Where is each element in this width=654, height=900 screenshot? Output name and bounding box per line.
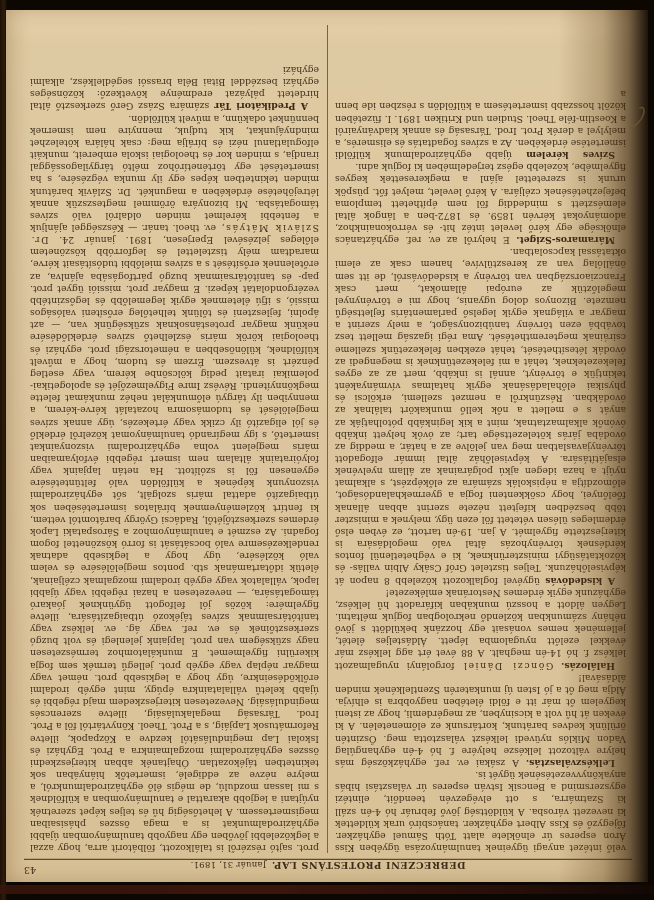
masthead-title: DEBRECZENI PROTESTÁNS LAP.: [271, 859, 465, 870]
paragraph-text: ügyével foglalkozott közelebb 8 napon át…: [335, 246, 626, 585]
paragraph-lead: Halálozás.: [561, 660, 615, 671]
column-left: velő intézet anyagi ügyeinek tanulmányoz…: [328, 25, 626, 853]
paragraph-kisdedovas: A kisdedóvás ügyével foglalkozott közele…: [335, 245, 626, 585]
paragraph-text: A zsákai ev. ref. egyházközség más helyr…: [335, 672, 626, 768]
page-inner: DEBRECZENI PROTESTÁNS LAP. Január 31, 18…: [6, 10, 648, 882]
paragraph-lead: Lelkészválasztás.: [526, 757, 615, 768]
paragraph-text: velő intézet anyagi ügyeinek tanulmányoz…: [335, 769, 626, 853]
paragraph-szives-kerelem-continuation: prot. sajtó részéről is találkozott, föl…: [30, 111, 319, 853]
page-header: DEBRECZENI PROTESTÁNS LAP. Január 31, 18…: [30, 862, 626, 877]
column-right: prot. sajtó részéről is találkozott, föl…: [30, 25, 328, 853]
paragraph-text: ev. theol. tanár. — Készséggel ajánljuk …: [30, 113, 319, 233]
paragraph-lead: A Predikátori Tár: [214, 100, 308, 111]
paragraph-predikatori-tar: A Predikátori Tár számára Szász Gerő sze…: [30, 63, 319, 112]
paragraph-lead: A kisdedóvás: [545, 575, 615, 586]
masthead-date: Január 31, 1891.: [190, 859, 266, 869]
paragraph-text: prot. sajtó részéről is találkozott, föl…: [30, 234, 319, 853]
paragraph-halalozas: Halálozás. Gönczi Dániel forgolányi nyug…: [335, 586, 626, 671]
paragraph-lelkeszvalasztas: Lelkészválasztás. A zsákai ev. ref. egyh…: [335, 671, 626, 768]
book-cover-bottom-edge: [0, 885, 654, 894]
paragraph-maramaros-sziget: Máramaros-Sziget. E helyről az ev. ref. …: [335, 160, 626, 245]
person-name: Gönczi Dániel: [462, 660, 553, 671]
newspaper-page: DEBRECZENI PROTESTÁNS LAP. Január 31, 18…: [6, 10, 648, 882]
paragraph-continuation: velő intézet anyagi ügyeinek tanulmányoz…: [335, 768, 626, 853]
paragraph-lead: Szíves kérelem: [526, 149, 615, 160]
text-columns: velő intézet anyagi ügyeinek tanulmányoz…: [30, 25, 626, 853]
page-number: 43: [24, 864, 36, 875]
paragraph-szives-kerelem: Szíves kérelem újabb egyházirodalmunk kü…: [335, 87, 626, 160]
scanned-book-photo: DEBRECZENI PROTESTÁNS LAP. Január 31, 18…: [0, 0, 654, 900]
rotated-page-content: DEBRECZENI PROTESTÁNS LAP. Január 31, 18…: [6, 10, 648, 882]
paragraph-text: E helyről az ev. ref. egyháztanács elnök…: [335, 161, 626, 245]
paragraph-lead: Máramaros-Sziget.: [516, 234, 615, 245]
paragraph-text: forgolányi nyugalmazott lelkész f. hó 14…: [335, 587, 626, 671]
